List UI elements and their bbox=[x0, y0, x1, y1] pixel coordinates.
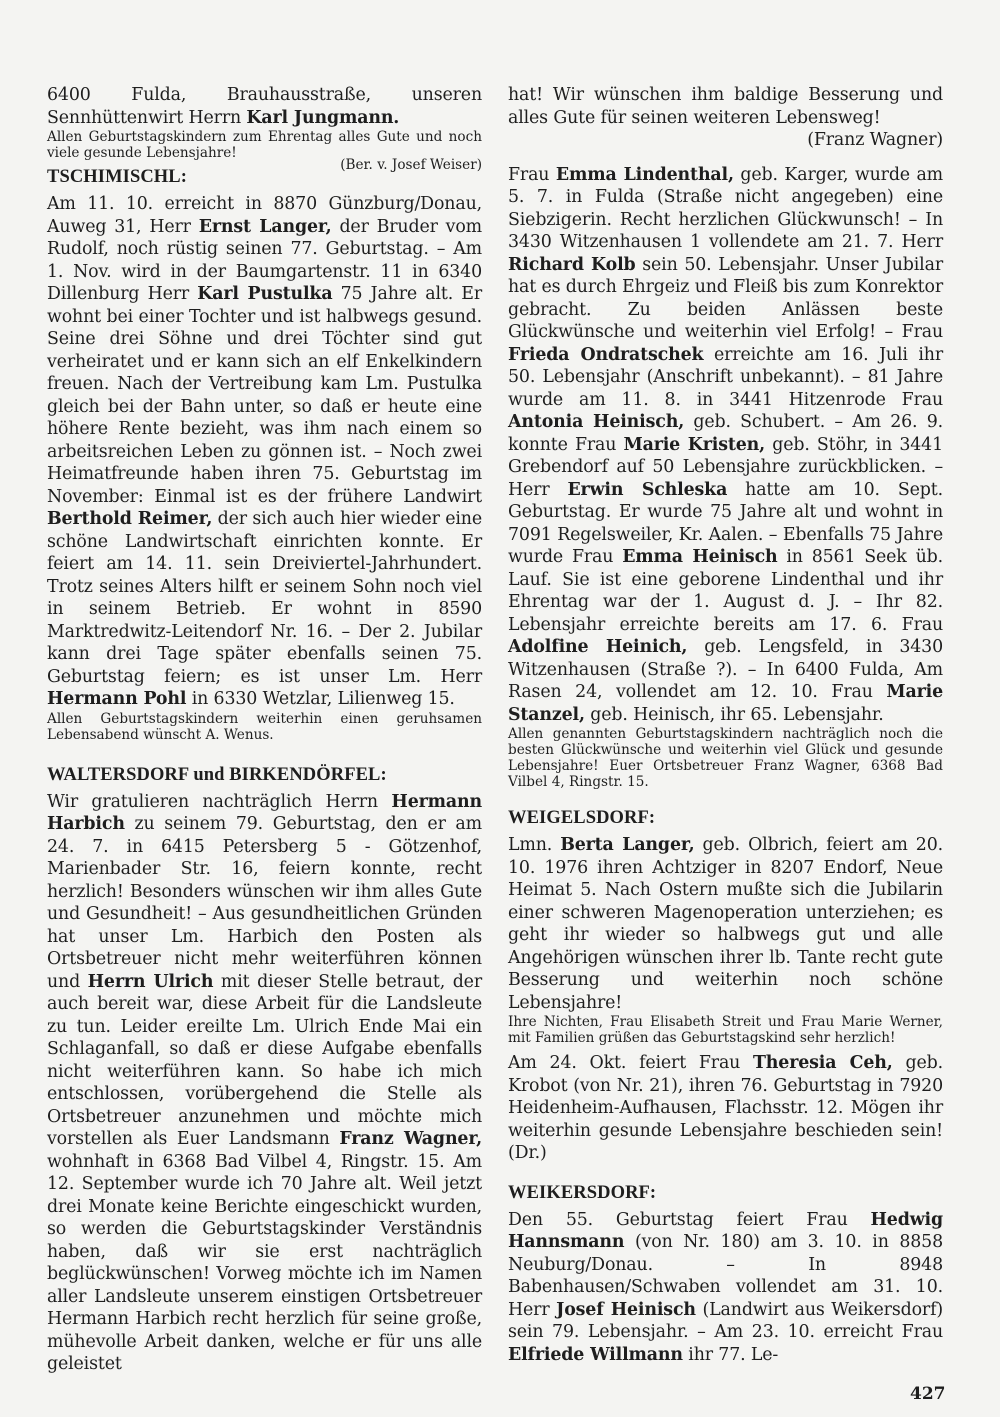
text: ihr 77. Le- bbox=[683, 1345, 778, 1365]
birthdays-paragraph: Frau Emma Lindenthal, geb. Karger, wurde… bbox=[508, 164, 943, 727]
text: Frau bbox=[508, 165, 556, 185]
waltersdorf-paragraph: Wir gratulieren nachträglich Herrn Herma… bbox=[47, 791, 482, 1376]
person-name: Richard Kolb bbox=[508, 255, 636, 275]
text: Wir gratulieren nachträglich Herrn bbox=[47, 792, 391, 812]
person-name: Frieda Ondratschek bbox=[508, 345, 703, 365]
right-column: hat! Wir wünschen ihm baldige Besserung … bbox=[508, 84, 943, 1366]
weigelsdorf-paragraph-2: Am 24. Okt. feiert Frau Theresia Ceh, ge… bbox=[508, 1052, 943, 1165]
person-name: Franz Wagner, bbox=[339, 1129, 482, 1149]
intro-paragraph: 6400 Fulda, Brauhausstraße, unseren Senn… bbox=[47, 84, 482, 129]
section-heading: WALTERSDORF und BIRKENDÖRFEL: bbox=[47, 763, 482, 787]
person-name: Marie Kristen, bbox=[624, 435, 766, 455]
text: wohnhaft in 6368 Bad Vilbel 4, Ringstr. … bbox=[47, 1152, 482, 1375]
section-heading: WEIKERSDORF: bbox=[508, 1181, 943, 1205]
person-name: Ernst Langer, bbox=[199, 217, 332, 237]
text: Den 55. Geburtstag feiert Frau bbox=[508, 1210, 871, 1230]
continuation-signature: (Franz Wagner) bbox=[508, 129, 943, 152]
person-name: Erwin Schleska bbox=[567, 480, 727, 500]
birthdays-closing: Allen genannten Geburtstagskindern nacht… bbox=[508, 726, 943, 790]
section-waltersdorf-header: WALTERSDORF und BIRKENDÖRFEL: bbox=[47, 763, 482, 787]
tschimischl-closing: Allen Geburtstagskindern weiterhin einen… bbox=[47, 711, 482, 743]
person-name: Josef Heinisch bbox=[556, 1300, 696, 1320]
text: 75 Jahre alt. Er wohnt bei einer Tochter… bbox=[47, 284, 482, 507]
page-number: 427 bbox=[910, 1384, 946, 1404]
section-heading: WEIGELSDORF: bbox=[508, 806, 943, 830]
tschimischl-paragraph: Am 11. 10. erreicht in 8870 Günzburg/Don… bbox=[47, 193, 482, 711]
person-name: Emma Heinisch bbox=[622, 547, 777, 567]
text: Lmn. bbox=[508, 835, 560, 855]
person-name: Theresia Ceh, bbox=[753, 1053, 893, 1073]
person-name: Herrn Ulrich bbox=[88, 972, 214, 992]
weigelsdorf-paragraph: Lmn. Berta Langer, geb. Olbrich, feiert … bbox=[508, 834, 943, 1014]
text: geb. Heinisch, ihr 65. Lebensjahr. bbox=[585, 705, 884, 725]
person-name: Berthold Reimer, bbox=[47, 509, 212, 529]
weigelsdorf-greeting: Ihre Nichten, Frau Elisabeth Streit und … bbox=[508, 1014, 943, 1046]
text: geb. Olbrich, feiert am 20. 10. 1976 ihr… bbox=[508, 835, 943, 1013]
person-name: Elfriede Willmann bbox=[508, 1345, 683, 1365]
text: Am 24. Okt. feiert Frau bbox=[508, 1053, 753, 1073]
left-column: 6400 Fulda, Brauhausstraße, unseren Senn… bbox=[47, 84, 482, 1376]
text: zu seinem 79. Geburtstag, den er am 24. … bbox=[47, 814, 482, 992]
text: der sich auch hier wieder eine schöne La… bbox=[47, 509, 482, 687]
person-name: Karl Jungmann. bbox=[246, 108, 399, 128]
person-name: Karl Pustulka bbox=[197, 284, 332, 304]
person-name: Berta Langer, bbox=[560, 835, 694, 855]
section-weigelsdorf-header: WEIGELSDORF: bbox=[508, 806, 943, 830]
person-name: Hermann Pohl bbox=[47, 689, 186, 709]
person-name: Adolfine Heinich, bbox=[508, 637, 687, 657]
person-name: Antonia Heinisch, bbox=[508, 412, 684, 432]
attribution: (Ber. v. Josef Weiser) bbox=[340, 157, 482, 173]
section-weikersdorf-header: WEIKERSDORF: bbox=[508, 1181, 943, 1205]
text: in 6330 Wetzlar, Lilienweg 15. bbox=[186, 689, 454, 709]
text: mit dieser Stelle betraut, der auch bere… bbox=[47, 972, 482, 1150]
person-name: Emma Lindenthal, bbox=[556, 165, 734, 185]
section-tschimischl-header: TSCHIMISCHL: (Ber. v. Josef Weiser) bbox=[47, 165, 482, 189]
weikersdorf-paragraph: Den 55. Geburtstag feiert Frau Hedwig Ha… bbox=[508, 1209, 943, 1367]
continuation-paragraph: hat! Wir wünschen ihm baldige Besserung … bbox=[508, 84, 943, 129]
